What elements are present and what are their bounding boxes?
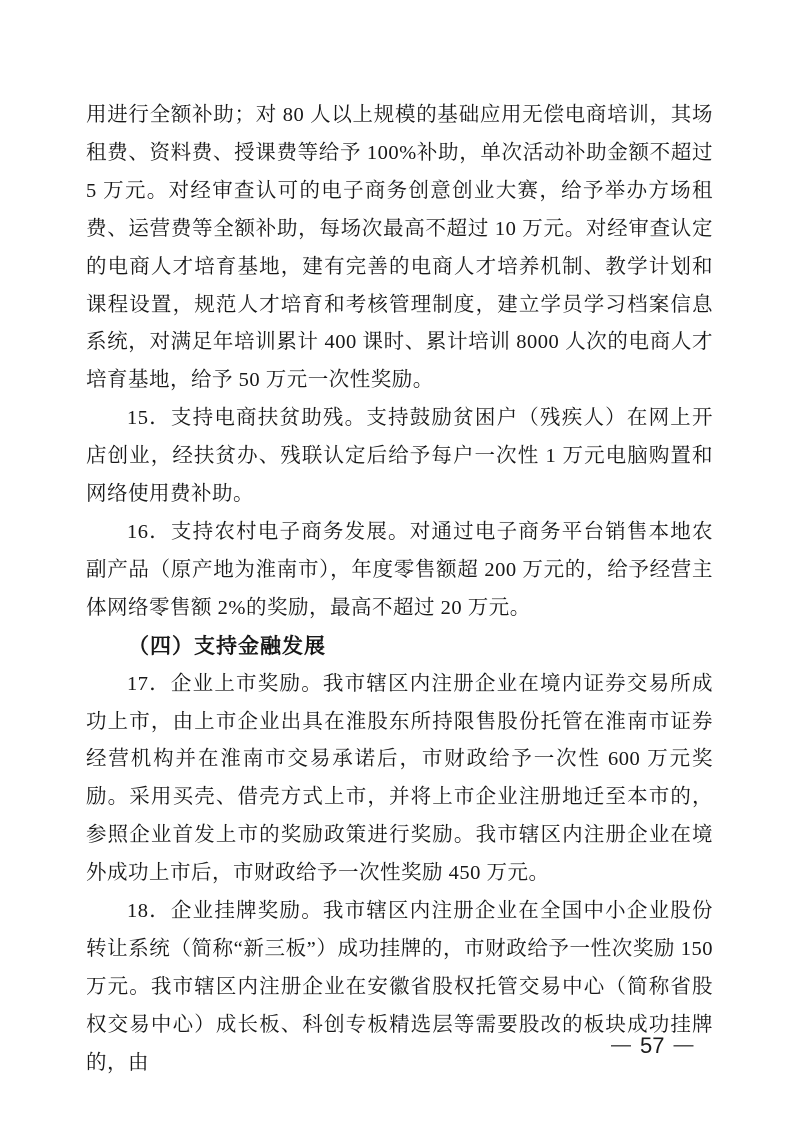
document-page: 用进行全额补助；对 80 人以上规模的基础应用无偿电商培训，其场租费、资料费、授… xyxy=(0,0,793,1122)
paragraph-item-15: 15．支持电商扶贫助残。支持鼓励贫困户（残疾人）在网上开店创业，经扶贫办、残联认… xyxy=(86,400,713,514)
page-number-value: 57 xyxy=(640,1033,664,1059)
paragraph-item-17: 17．企业上市奖励。我市辖区内注册企业在境内证券交易所成功上市，由上市企业出具在… xyxy=(86,666,713,893)
paragraph-continuation: 用进行全额补助；对 80 人以上规模的基础应用无偿电商培训，其场租费、资料费、授… xyxy=(86,97,713,400)
page-number: — 57 — xyxy=(611,1033,693,1059)
paragraph-item-16: 16．支持农村电子商务发展。对通过电子商务平台销售本地农副产品（原产地为淮南市）… xyxy=(86,514,713,628)
section-heading-support-finance: （四）支持金融发展 xyxy=(86,628,713,666)
page-number-dash-right: — xyxy=(673,1034,693,1057)
document-body: 用进行全额补助；对 80 人以上规模的基础应用无偿电商培训，其场租费、资料费、授… xyxy=(86,97,713,1083)
page-number-dash-left: — xyxy=(611,1034,631,1057)
